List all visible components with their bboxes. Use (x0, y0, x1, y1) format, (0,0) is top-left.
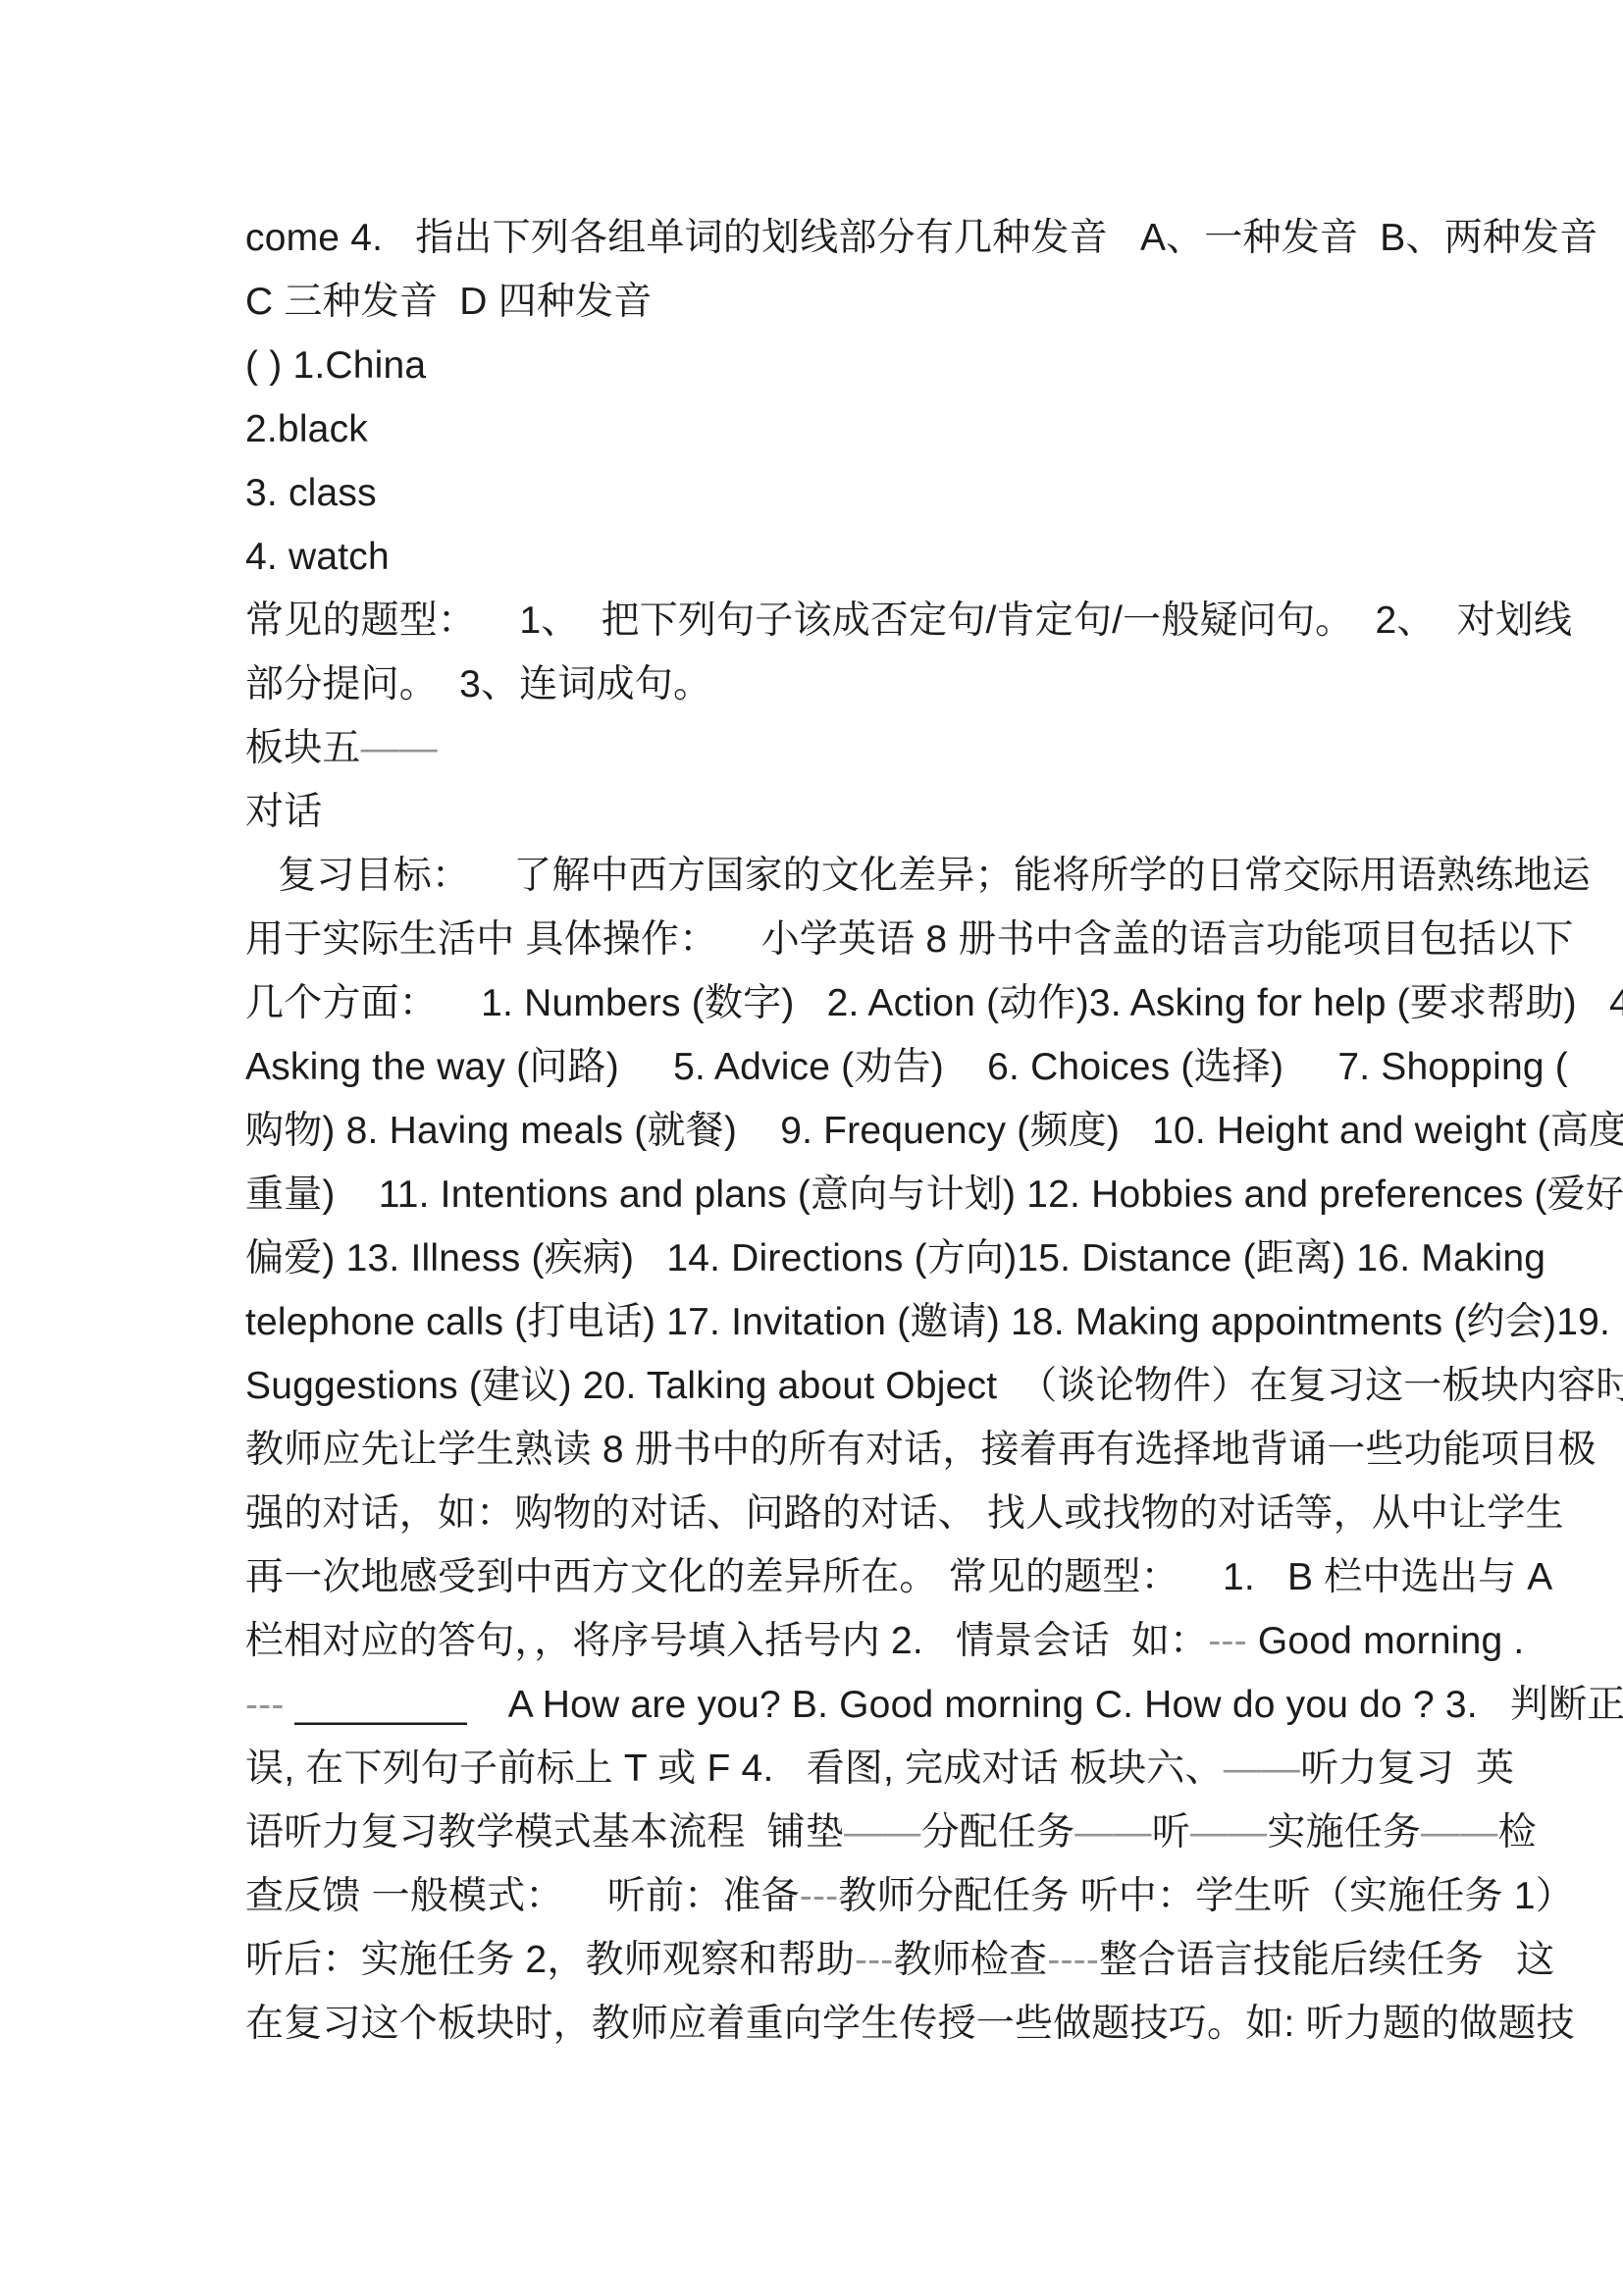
text-line: 听后：实施任务 2，教师观察和帮助---教师检查----整合语言技能后续任务 这 (245, 1928, 1472, 1992)
text-segment: 强的对话，如：购物的对话、问路的对话、 找人或找物的对话等，从中让学生 (245, 1492, 1564, 1535)
text-segment: ________ A How are you? B. Good morning … (285, 1684, 1623, 1726)
text-segment: 部分提问。 3、连词成句。 (245, 663, 711, 705)
text-segment: 几个方面： 1. Numbers (数字) 2. Action (动作)3. A… (245, 982, 1623, 1024)
text-segment: 栏相对应的答句，，将序号填入括号内 2. 情景会话 如： (245, 1620, 1208, 1662)
text-segment: Suggestions (建议) 20. Talking about Objec… (245, 1365, 1623, 1407)
text-segment: 对话 (245, 791, 322, 833)
text-line: 板块五—— (245, 716, 1472, 780)
text-line: 偏爱) 13. Illness (疾病) 14. Directions (方向)… (245, 1226, 1472, 1290)
text-segment: 分配任务 (920, 1811, 1074, 1853)
text-segment: 语听力复习教学模式基本流程 铺垫 (245, 1811, 844, 1853)
text-line: 4. watch (245, 525, 1472, 589)
text-segment: 2.black (245, 408, 368, 450)
text-segment: telephone calls (打电话) 17. Invitation (邀请… (245, 1301, 1610, 1343)
text-segment: 用于实际生活中 具体操作： 小学英语 8 册书中含盖的语言功能项目包括以下 (245, 918, 1574, 961)
text-segment: 板块五 (245, 727, 361, 769)
text-line: 用于实际生活中 具体操作： 小学英语 8 册书中含盖的语言功能项目包括以下 (245, 908, 1472, 971)
text-segment: 重量) 11. Intentions and plans (意向与计划) 12.… (245, 1174, 1623, 1216)
dash-segment: --- (1208, 1620, 1247, 1662)
text-segment: 听 (1152, 1811, 1190, 1853)
text-line: 教师应先让学生熟读 8 册书中的所有对话，接着再有选择地背诵一些功能项目极 (245, 1418, 1472, 1482)
text-segment: 教师分配任务 听中：学生听（实施任务 1） (838, 1875, 1574, 1917)
text-segment: 再一次地感受到中西方文化的差异所在。 常见的题型： 1. B 栏中选出与 A (245, 1556, 1553, 1598)
text-segment: 常见的题型： 1、 把下列句子该成否定句/肯定句/一般疑问句。 2、 对划线 (245, 600, 1572, 642)
text-segment: come 4. 指出下列各组单词的划线部分有几种发音 A、一种发音 B、两种发音 (245, 217, 1597, 259)
text-line: 复习目标： 了解中西方国家的文化差异；能将所学的日常交际用语熟练地运 (245, 844, 1472, 908)
text-segment: 查反馈 一般模式： 听前：准备 (245, 1875, 800, 1917)
text-segment: 检 (1498, 1811, 1537, 1853)
text-line: telephone calls (打电话) 17. Invitation (邀请… (245, 1290, 1472, 1354)
text-line: 语听力复习教学模式基本流程 铺垫——分配任务——听——实施任务——检 (245, 1800, 1472, 1864)
text-segment: 复习目标： 了解中西方国家的文化差异；能将所学的日常交际用语熟练地运 (245, 855, 1591, 897)
text-segment: ( ) 1.China (245, 344, 426, 387)
dash-segment: --- (800, 1875, 839, 1917)
text-line: 部分提问。 3、连词成句。 (245, 652, 1472, 716)
text-segment: 误, 在下列句子前标上 T 或 F 4. 看图, 完成对话 板块六、 (245, 1748, 1224, 1790)
text-segment: Good morning . (1247, 1620, 1525, 1662)
dash-segment: —— (1074, 1811, 1151, 1853)
text-segment: 教师应先让学生熟读 8 册书中的所有对话，接着再有选择地背诵一些功能项目极 (245, 1429, 1597, 1471)
dash-segment: —— (844, 1811, 920, 1853)
text-line: 对话 (245, 780, 1472, 844)
text-line: Suggestions (建议) 20. Talking about Objec… (245, 1354, 1472, 1418)
dash-segment: —— (1224, 1748, 1300, 1790)
text-line: come 4. 指出下列各组单词的划线部分有几种发音 A、一种发音 B、两种发音 (245, 206, 1472, 270)
dash-segment: —— (1190, 1811, 1267, 1853)
text-line: 误, 在下列句子前标上 T 或 F 4. 看图, 完成对话 板块六、——听力复习… (245, 1737, 1472, 1800)
document-body: come 4. 指出下列各组单词的划线部分有几种发音 A、一种发音 B、两种发音… (245, 206, 1472, 2056)
text-segment: 整合语言技能后续任务 这 (1099, 1939, 1554, 1981)
text-line: 栏相对应的答句，，将序号填入括号内 2. 情景会话 如：--- Good mor… (245, 1609, 1472, 1673)
text-line: 购物) 8. Having meals (就餐) 9. Frequency (频… (245, 1099, 1472, 1163)
text-segment: 在复习这个板块时，教师应着重向学生传授一些做题技巧。如: 听力题的做题技 (245, 2003, 1575, 2045)
text-segment: 教师检查 (894, 1939, 1048, 1981)
text-segment: 听后：实施任务 2，教师观察和帮助 (245, 1939, 855, 1981)
text-line: 在复习这个板块时，教师应着重向学生传授一些做题技巧。如: 听力题的做题技 (245, 1992, 1472, 2056)
dash-segment: --- (245, 1684, 285, 1726)
text-segment: Asking the way (问路) 5. Advice (劝告) 6. Ch… (245, 1046, 1568, 1088)
text-segment: 3. class (245, 472, 377, 514)
dash-segment: —— (1421, 1811, 1497, 1853)
text-line: Asking the way (问路) 5. Advice (劝告) 6. Ch… (245, 1035, 1472, 1099)
text-segment: 偏爱) 13. Illness (疾病) 14. Directions (方向)… (245, 1237, 1545, 1279)
text-line: 查反馈 一般模式： 听前：准备---教师分配任务 听中：学生听（实施任务 1） (245, 1864, 1472, 1928)
text-segment: 4. watch (245, 536, 390, 578)
text-line: 重量) 11. Intentions and plans (意向与计划) 12.… (245, 1163, 1472, 1226)
text-line: 几个方面： 1. Numbers (数字) 2. Action (动作)3. A… (245, 971, 1472, 1035)
dash-segment: --- (855, 1939, 894, 1981)
text-line: ( ) 1.China (245, 334, 1472, 397)
text-segment: 听力复习 英 (1300, 1748, 1514, 1790)
text-segment: 实施任务 (1267, 1811, 1421, 1853)
text-line: 再一次地感受到中西方文化的差异所在。 常见的题型： 1. B 栏中选出与 A (245, 1545, 1472, 1609)
text-line: 2.black (245, 397, 1472, 461)
text-line: 常见的题型： 1、 把下列句子该成否定句/肯定句/一般疑问句。 2、 对划线 (245, 589, 1472, 652)
dash-segment: —— (361, 727, 438, 769)
text-line: C 三种发音 D 四种发音 (245, 270, 1472, 334)
document-page: come 4. 指出下列各组单词的划线部分有几种发音 A、一种发音 B、两种发音… (0, 0, 1623, 2296)
text-line: 强的对话，如：购物的对话、问路的对话、 找人或找物的对话等，从中让学生 (245, 1482, 1472, 1545)
text-segment: 购物) 8. Having meals (就餐) 9. Frequency (频… (245, 1110, 1623, 1152)
text-line: --- ________ A How are you? B. Good morn… (245, 1673, 1472, 1737)
dash-segment: ---- (1047, 1939, 1099, 1981)
text-line: 3. class (245, 461, 1472, 525)
text-segment: C 三种发音 D 四种发音 (245, 281, 652, 323)
